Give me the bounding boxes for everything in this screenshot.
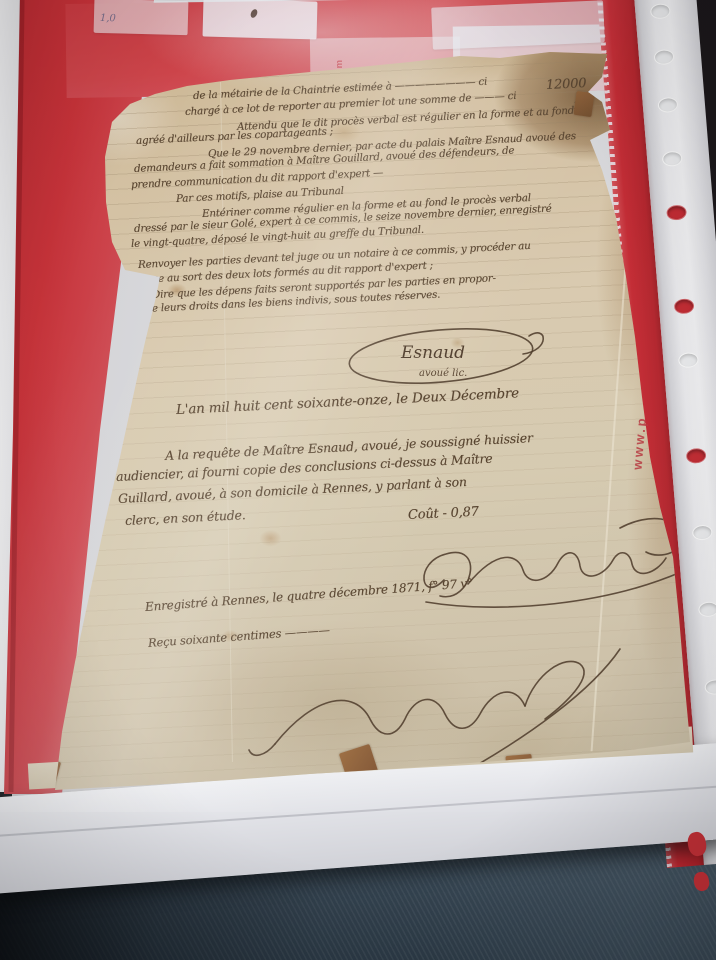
- signature-esnaud: Esnaud avoué lic.: [345, 318, 555, 394]
- translucent-label: [431, 0, 605, 49]
- signature-esnaud-title: avoué lic.: [419, 368, 467, 379]
- tape-fragment: [573, 91, 594, 117]
- signature-esnaud-name: Esnaud: [400, 343, 465, 363]
- translucent-label: [203, 0, 318, 39]
- photo-legal-document: 1,0 40 mm de la métairie de la Chaintrie…: [0, 0, 716, 960]
- sheet-fold-line: [0, 783, 716, 837]
- handwritten-corner-mark: 1,0: [100, 13, 116, 24]
- translucent-label: 1,0: [94, 0, 189, 35]
- signature-huissier-flourish: [408, 508, 708, 623]
- punch-hole: [698, 601, 716, 618]
